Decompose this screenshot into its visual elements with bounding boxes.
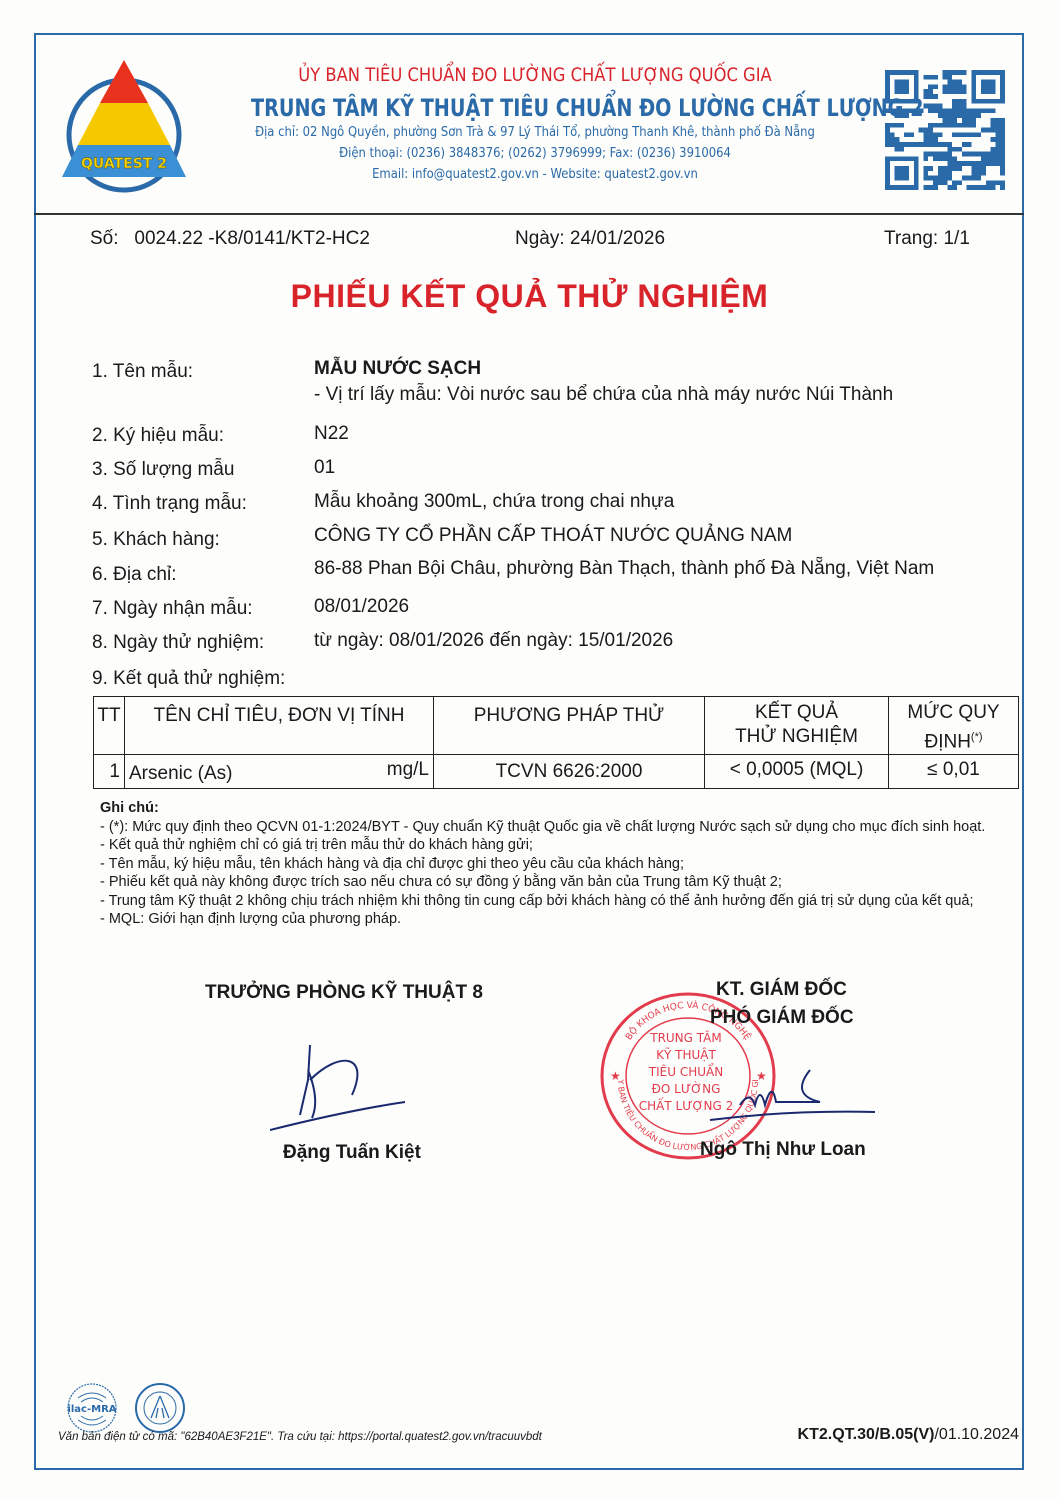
boa-accreditation-logo-icon xyxy=(134,1382,186,1434)
field-customer: CÔNG TY CỔ PHẦN CẤP THOÁT NƯỚC QUẢNG NAM xyxy=(314,525,792,547)
table-row: 1 Arsenic (As) mg/L TCVN 6626:2000 < 0,0… xyxy=(94,755,1019,789)
notes-heading: Ghi chú: xyxy=(100,799,1000,818)
col-method: PHƯƠNG PHÁP THỬ xyxy=(434,697,705,755)
note-item: - Trung tâm Kỹ thuật 2 không chịu trách … xyxy=(100,892,1000,911)
col-limit: MỨC QUYĐỊNH(*) xyxy=(889,697,1019,755)
col-result: KẾT QUẢTHỬ NGHIỆM xyxy=(705,697,889,755)
field-test-date: từ ngày: 08/01/2026 đến ngày: 15/01/2026 xyxy=(314,630,673,652)
right-signer-title-2: PHÓ GIÁM ĐỐC xyxy=(710,1007,854,1029)
parameter-unit: mg/L xyxy=(387,759,429,781)
center-address: Địa chỉ: 02 Ngô Quyền, phường Sơn Trà & … xyxy=(247,124,823,140)
field-quantity-label: 3. Số lượng mẫu xyxy=(92,459,234,481)
test-method: TCVN 6626:2000 xyxy=(434,755,705,789)
note-item: - Phiếu kết quả này không được trích sao… xyxy=(100,873,1000,892)
svg-text:TRUNG TÂM: TRUNG TÂM xyxy=(649,1030,722,1045)
field-sample-code: N22 xyxy=(314,423,349,445)
center-name: TRUNG TÂM KỸ THUẬT TIÊU CHUẨN ĐO LƯỜNG C… xyxy=(251,94,819,122)
note-item: - (*): Mức quy định theo QCVN 01-1:2024/… xyxy=(100,818,1000,837)
right-signer-title-1: KT. GIÁM ĐỐC xyxy=(716,979,847,1001)
field-quantity: 01 xyxy=(314,457,335,479)
field-sample-name: MẪU NƯỚC SẠCH xyxy=(314,358,481,380)
field-test-date-label: 8. Ngày thử nghiệm: xyxy=(92,632,264,654)
notes: Ghi chú: - (*): Mức quy định theo QCVN 0… xyxy=(100,799,1000,929)
svg-text:ilac-MRA: ilac-MRA xyxy=(67,1404,116,1415)
note-item: - Kết quả thử nghiệm chỉ có giá trị trên… xyxy=(100,836,1000,855)
center-contact: Email: info@quatest2.gov.vn - Website: q… xyxy=(247,166,823,182)
field-address: 86-88 Phan Bội Châu, phường Bàn Thạch, t… xyxy=(314,558,934,580)
field-address-label: 6. Địa chỉ: xyxy=(92,564,176,586)
committee-name: ỦY BAN TIÊU CHUẨN ĐO LƯỜNG CHẤT LƯỢNG QU… xyxy=(247,64,823,86)
field-received-date: 08/01/2026 xyxy=(314,596,409,618)
field-results-label: 9. Kết quả thử nghiệm: xyxy=(92,668,285,690)
field-customer-label: 5. Khách hàng: xyxy=(92,529,220,551)
col-tt: TT xyxy=(94,697,125,755)
parameter-name: Arsenic (As) xyxy=(129,763,232,784)
e-document-code[interactable]: Văn bản điện tử có mã: "62B40AE3F21E". T… xyxy=(58,1431,542,1443)
doc-page: Trang: 1/1 xyxy=(884,228,970,250)
note-item: - Tên mẫu, ký hiệu mẫu, tên khách hàng v… xyxy=(100,855,1000,874)
svg-text:QUATEST 2: QUATEST 2 xyxy=(81,156,167,172)
left-signature-icon xyxy=(270,1040,440,1135)
col-name: TÊN CHỈ TIÊU, ĐƠN VỊ TÍNH xyxy=(125,697,434,755)
form-code: KT2.QT.30/B.05(V)/01.10.2024 xyxy=(798,1426,1019,1444)
note-item: - MQL: Giới hạn định lượng của phương ph… xyxy=(100,910,1000,929)
field-sample-location: - Vị trí lấy mẫu: Vòi nước sau bể chứa c… xyxy=(314,384,893,406)
svg-text:★: ★ xyxy=(610,1069,621,1083)
qr-code-icon[interactable] xyxy=(885,70,1005,190)
quatest-logo-icon: QUATEST 2 xyxy=(62,55,187,195)
field-sample-name-label: 1. Tên mẫu: xyxy=(92,361,193,383)
left-signer-name: Đặng Tuấn Kiệt xyxy=(283,1142,421,1164)
doc-number: Số: 0024.22 -K8/0141/KT2-HC2 xyxy=(90,228,370,250)
doc-date: Ngày: 24/01/2026 xyxy=(515,228,665,250)
field-sample-code-label: 2. Ký hiệu mẫu: xyxy=(92,425,224,447)
ilac-mra-logo-icon: ilac-MRA xyxy=(66,1382,118,1434)
center-phone: Điện thoại: (0236) 3848376; (0262) 37969… xyxy=(247,145,823,161)
regulatory-limit: ≤ 0,01 xyxy=(889,755,1019,789)
results-table: TT TÊN CHỈ TIÊU, ĐƠN VỊ TÍNH PHƯƠNG PHÁP… xyxy=(93,696,1019,789)
right-signer-name: Ngô Thị Như Loan xyxy=(700,1139,866,1161)
field-condition: Mẫu khoảng 300mL, chứa trong chai nhựa xyxy=(314,491,674,513)
left-signer-title: TRƯỞNG PHÒNG KỸ THUẬT 8 xyxy=(205,982,483,1004)
field-received-date-label: 7. Ngày nhận mẫu: xyxy=(92,598,253,620)
page-title: PHIẾU KẾT QUẢ THỬ NGHIỆM xyxy=(0,278,1059,315)
test-result: < 0,0005 (MQL) xyxy=(705,755,889,789)
right-signature-icon xyxy=(700,1060,880,1130)
table-header-row: TT TÊN CHỈ TIÊU, ĐƠN VỊ TÍNH PHƯƠNG PHÁP… xyxy=(94,697,1019,755)
field-condition-label: 4. Tình trạng mẫu: xyxy=(92,493,247,515)
